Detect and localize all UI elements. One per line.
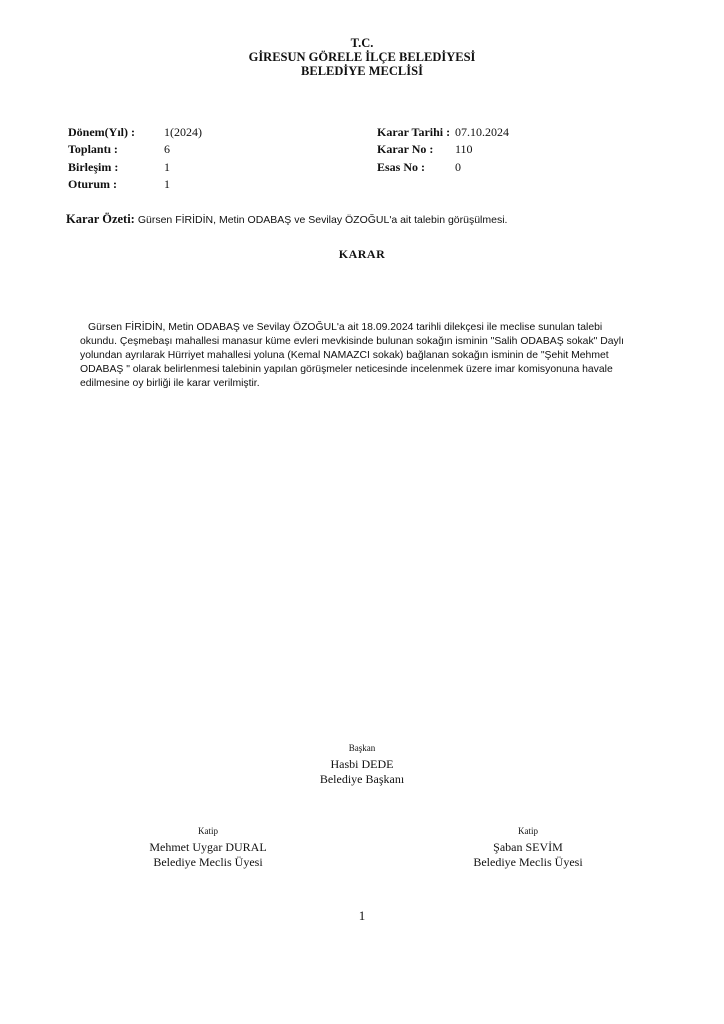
header-municipality: GİRESUN GÖRELE İLÇE BELEDİYESİ (0, 50, 724, 64)
summary-label: Karar Özeti: (66, 212, 135, 226)
header-tc: T.C. (0, 36, 724, 50)
meta-value-oturum: 1 (164, 177, 170, 192)
decision-body-line: edilmesine oy birliği ile karar verilmiş… (80, 377, 680, 391)
signature-role: Katip (108, 825, 308, 837)
signature-clerk-right: Katip Şaban SEVİM Belediye Meclis Üyesi (428, 825, 628, 870)
page-number: 1 (0, 908, 724, 924)
signature-name: Şaban SEVİM (428, 840, 628, 855)
decision-summary: Karar Özeti: Gürsen FİRİDİN, Metin ODABA… (66, 212, 507, 227)
signature-role: Katip (428, 825, 628, 837)
meta-label-toplanti: Toplantı : (68, 142, 118, 157)
header-council: BELEDİYE MECLİSİ (0, 64, 724, 78)
meta-label-oturum: Oturum : (68, 177, 117, 192)
meta-value-karar-tarihi: 07.10.2024 (455, 125, 509, 140)
decision-body: Gürsen FİRİDİN, Metin ODABAŞ ve Sevilay … (80, 321, 680, 391)
meta-value-donem: 1(2024) (164, 125, 202, 140)
meta-label-birlesim: Birleşim : (68, 160, 118, 175)
signature-name: Hasbi DEDE (262, 757, 462, 772)
decision-body-line: Gürsen FİRİDİN, Metin ODABAŞ ve Sevilay … (80, 321, 680, 335)
signature-title: Belediye Meclis Üyesi (428, 855, 628, 870)
decision-body-line: yolundan ayrılarak Hürriyet mahallesi yo… (80, 349, 680, 363)
meta-label-karar-no: Karar No : (377, 142, 433, 157)
meta-value-karar-no: 110 (455, 142, 473, 157)
signature-president: Başkan Hasbi DEDE Belediye Başkanı (262, 742, 462, 787)
meta-value-birlesim: 1 (164, 160, 170, 175)
meta-value-esas-no: 0 (455, 160, 461, 175)
meta-label-esas-no: Esas No : (377, 160, 425, 175)
meta-label-donem: Dönem(Yıl) : (68, 125, 135, 140)
signature-name: Mehmet Uygar DURAL (108, 840, 308, 855)
signature-title: Belediye Meclis Üyesi (108, 855, 308, 870)
decision-title: KARAR (0, 247, 724, 262)
summary-text: Gürsen FİRİDİN, Metin ODABAŞ ve Sevilay … (138, 214, 508, 226)
signature-clerk-left: Katip Mehmet Uygar DURAL Belediye Meclis… (108, 825, 308, 870)
document-header: T.C. GİRESUN GÖRELE İLÇE BELEDİYESİ BELE… (0, 36, 724, 78)
signature-title: Belediye Başkanı (262, 772, 462, 787)
meta-label-karar-tarihi: Karar Tarihi : (377, 125, 450, 140)
decision-body-line: ODABAŞ " olarak belirlenmesi talebinin y… (80, 363, 680, 377)
decision-body-line: okundu. Çeşmebaşı mahallesi manasur küme… (80, 335, 680, 349)
meta-value-toplanti: 6 (164, 142, 170, 157)
signature-role: Başkan (262, 742, 462, 754)
